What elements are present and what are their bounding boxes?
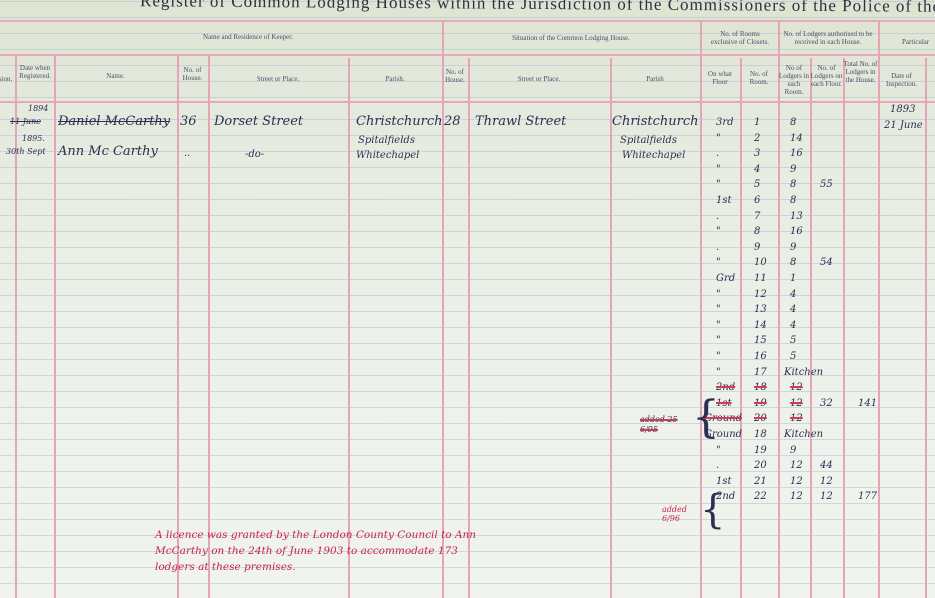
room-number: 1 <box>754 117 760 128</box>
room-lodgers: 4 <box>790 289 796 300</box>
room-lodgers: 9 <box>790 242 796 253</box>
room-lodgers: 16 <box>790 226 803 237</box>
situation-parish-line: Christchurch <box>612 114 698 129</box>
rule-top <box>0 20 935 22</box>
room-lodgers: 4 <box>790 304 796 315</box>
keeper-street: Dorset Street <box>214 114 303 129</box>
room-floor: " <box>716 351 721 362</box>
situation-house-no: 28 <box>444 114 461 129</box>
floor-lodgers: 12 <box>820 476 833 487</box>
margin-note-added: added 6/96 <box>662 505 692 523</box>
header-keeper-street: Street or Place. <box>208 75 348 83</box>
col-divider <box>348 58 350 598</box>
room-number: 22 <box>754 491 767 502</box>
room-lodgers: 12 <box>790 382 803 393</box>
room-number: 21 <box>754 476 767 487</box>
room-lodgers: 9 <box>790 445 796 456</box>
col-divider <box>177 56 179 598</box>
floor-lodgers: 32 <box>820 398 833 409</box>
situation-parish-line: Whitechapel <box>622 150 685 161</box>
header-lodgers-total: Total No. of Lodgers in the House. <box>843 60 878 84</box>
rule-header-mid <box>0 54 935 56</box>
col-divider <box>810 58 812 598</box>
date-registered-year: 1894 <box>28 104 48 113</box>
room-number: 10 <box>754 257 767 268</box>
col-divider <box>54 54 56 598</box>
inspection-day: 21 June <box>884 120 923 131</box>
header-date-registered: Date when Registered. <box>16 64 54 80</box>
room-lodgers: 1 <box>790 273 796 284</box>
room-floor: Grd <box>716 273 735 284</box>
room-number: 16 <box>754 351 767 362</box>
col-divider <box>740 58 742 598</box>
room-floor: . <box>716 242 719 253</box>
room-floor: " <box>716 164 721 175</box>
header-keeper-parish: Parish. <box>348 75 442 83</box>
room-floor: " <box>716 320 721 331</box>
margin-note-added-struck: added 25 6/95 <box>640 415 680 435</box>
header-keeper-group: Name and Residence of Keeper. <box>54 33 442 41</box>
room-number: 12 <box>754 289 767 300</box>
room-floor: " <box>716 133 721 144</box>
keeper-parish-line: Spitalfields <box>358 135 415 146</box>
room-floor: . <box>716 460 719 471</box>
col-divider <box>843 58 845 598</box>
room-lodgers: 5 <box>790 335 796 346</box>
room-floor: . <box>716 148 719 159</box>
floor-lodgers: 12 <box>820 491 833 502</box>
col-divider <box>442 22 444 598</box>
header-lodgers-floor: No. of Lodgers on each Floor. <box>810 64 843 88</box>
keeper-name-struck: Daniel McCarthy <box>58 114 170 129</box>
room-floor: " <box>716 289 721 300</box>
room-lodgers: 13 <box>790 211 803 222</box>
header-floor: On what Floor <box>700 70 740 86</box>
col-divider <box>925 58 927 598</box>
brace-added-floors: { <box>700 488 725 532</box>
room-lodgers: 12 <box>790 413 803 424</box>
date-registered-year: 1895. <box>22 134 45 143</box>
room-number: 7 <box>754 211 760 222</box>
room-number: 19 <box>754 398 767 409</box>
room-lodgers: 12 <box>790 491 803 502</box>
room-floor: 1st <box>716 476 732 487</box>
room-number: 20 <box>754 413 767 424</box>
room-floor: 3rd <box>716 117 734 128</box>
room-floor: " <box>716 304 721 315</box>
col-divider <box>778 22 780 598</box>
room-number: 2 <box>754 133 760 144</box>
room-lodgers: 8 <box>790 257 796 268</box>
header-inspection: Date of Inspection. <box>878 72 925 88</box>
room-floor: . <box>716 211 719 222</box>
room-number: 14 <box>754 320 767 331</box>
header-number: …sion. <box>0 75 14 83</box>
floor-lodgers: 55 <box>820 179 833 190</box>
room-floor: " <box>716 367 721 378</box>
header-keeper-house-no: No. of House. <box>177 66 208 82</box>
situation-parish-line: Spitalfields <box>620 135 677 146</box>
col-divider <box>468 58 470 598</box>
room-lodgers: 8 <box>790 195 796 206</box>
room-number: 17 <box>754 367 767 378</box>
inspection-year: 1893 <box>890 104 915 115</box>
room-lodgers: Kitchen <box>784 429 823 440</box>
date-registered-day: 30th Sept <box>6 147 46 156</box>
room-lodgers: 12 <box>790 460 803 471</box>
room-number: 18 <box>754 429 767 440</box>
keeper-parish-line: Whitechapel <box>356 150 419 161</box>
room-number: 3 <box>754 148 760 159</box>
room-lodgers: 5 <box>790 351 796 362</box>
header-house-no: No. of House. <box>442 68 468 84</box>
keeper-house-no: .. <box>184 148 190 159</box>
header-lodgers-room: No of Lodgers in each Room. <box>778 64 810 96</box>
room-floor: " <box>716 445 721 456</box>
col-divider <box>15 54 17 598</box>
licence-note: A licence was granted by the London Coun… <box>155 527 485 575</box>
register-page: Register of Common Lodging Houses within… <box>0 0 935 598</box>
house-total-lodgers: 141 <box>858 398 877 409</box>
col-divider <box>610 58 612 598</box>
room-lodgers: 9 <box>790 164 796 175</box>
situation-street: Thrawl Street <box>475 114 566 129</box>
brace-added-floors: { <box>692 396 720 440</box>
keeper-parish: Christchurch <box>356 114 442 129</box>
room-number: 6 <box>754 195 760 206</box>
header-particulars-group: Particular <box>880 38 935 46</box>
room-floor: " <box>716 226 721 237</box>
room-number: 8 <box>754 226 760 237</box>
room-number: 19 <box>754 445 767 456</box>
header-street: Street or Place. <box>468 75 610 83</box>
room-floor: " <box>716 257 721 268</box>
header-rooms-group: No. of Rooms exclusive of Closets. <box>708 30 772 46</box>
register-title: Register of Common Lodging Houses within… <box>140 0 935 17</box>
room-number: 18 <box>754 382 767 393</box>
room-number: 5 <box>754 179 760 190</box>
header-name: Name. <box>54 72 177 80</box>
room-lodgers: 12 <box>790 476 803 487</box>
house-total-lodgers: 177 <box>858 491 877 502</box>
room-floor: " <box>716 335 721 346</box>
floor-lodgers: 44 <box>820 460 833 471</box>
room-number: 13 <box>754 304 767 315</box>
keeper-street-ditto: -do- <box>245 149 264 160</box>
keeper-name: Ann Mc Carthy <box>58 144 158 159</box>
room-lodgers: 8 <box>790 179 796 190</box>
col-divider <box>208 56 210 598</box>
col-divider <box>878 22 880 598</box>
floor-lodgers: 54 <box>820 257 833 268</box>
header-lodgers-group: No. of Lodgers authorised to be received… <box>782 30 874 46</box>
room-lodgers: 12 <box>790 398 803 409</box>
room-floor: 1st <box>716 195 732 206</box>
room-lodgers: 4 <box>790 320 796 331</box>
date-registered-day: 11 June <box>10 117 41 126</box>
room-number: 15 <box>754 335 767 346</box>
room-lodgers: 16 <box>790 148 803 159</box>
room-lodgers: 8 <box>790 117 796 128</box>
room-number: 9 <box>754 242 760 253</box>
header-situation-group: Situation of the Common Lodging House. <box>442 34 700 42</box>
room-floor: " <box>716 179 721 190</box>
header-room-no: No. of Room. <box>740 70 778 86</box>
header-parish: Parish <box>610 75 700 83</box>
room-number: 20 <box>754 460 767 471</box>
room-number: 4 <box>754 164 760 175</box>
room-lodgers: 14 <box>790 133 803 144</box>
room-lodgers: Kitchen <box>784 367 823 378</box>
keeper-house-no: 36 <box>180 114 197 129</box>
room-number: 11 <box>754 273 767 284</box>
